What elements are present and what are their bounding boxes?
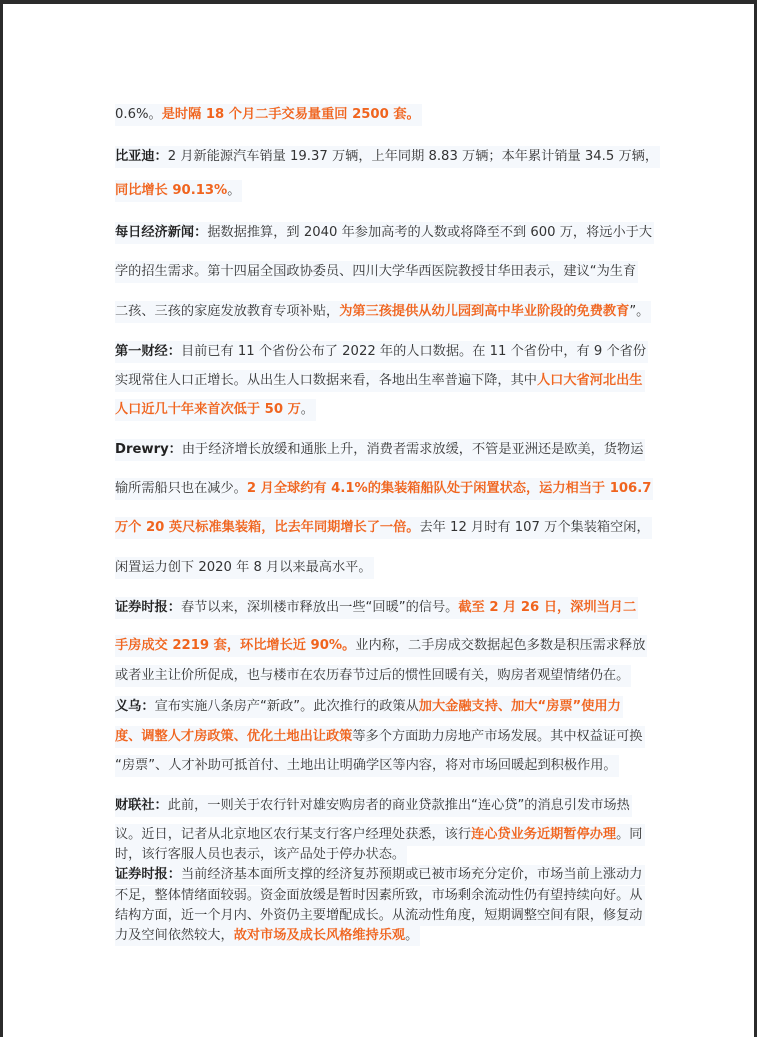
document-page: 0.6%。是时隔 18 个月二手交易量重回 2500 套。比亚迪：2 月新能源汽… — [3, 4, 754, 1037]
body-text: 。 — [405, 928, 418, 943]
source-label: 证券时报： — [115, 600, 181, 615]
text-line: 或者业主让价所促成，也与楼市在农历春节过后的惯性回暖有关，购房者观望情绪仍在。 — [115, 665, 631, 687]
body-text: 2 月新能源汽车销量 19.37 万辆，上年同期 8.83 万辆；本年累计销量 … — [168, 149, 658, 164]
body-text: 实现常住人口正增长。从出生人口数据来看，各地出生率普遍下降，其中 — [115, 373, 537, 388]
text-line: Drewry：由于经济增长放缓和通胀上升，消费者需求放缓，不管是亚洲还是欧美，货… — [115, 439, 645, 461]
text-line: 第一财经：目前已有 11 个省份公布了 2022 年的人口数据。在 11 个省份… — [115, 341, 648, 363]
body-text: 宣布实施八条房产“新政”。此次推行的政策从 — [155, 699, 419, 714]
highlighted-text: 同比增长 90.13% — [115, 183, 227, 198]
text-line: 学的招生需求。第十四届全国政协委员、四川大学华西医院教授甘华田表示，建议“为生育 — [115, 261, 638, 283]
body-text: 由于经济增长放缓和通胀上升，消费者需求放缓，不管是亚洲还是欧美，货物运 — [182, 442, 644, 457]
source-label: 每日经济新闻： — [115, 225, 207, 240]
body-text: 不足，整体情绪面较弱。资金面放缓是暂时因素所致，市场剩余流动性仍有望持续向好。从 — [115, 888, 643, 903]
source-label: 第一财经： — [115, 344, 181, 359]
body-text: 目前已有 11 个省份公布了 2022 年的人口数据。在 11 个省份中，有 9… — [181, 344, 646, 359]
text-line: 不足，整体情绪面较弱。资金面放缓是暂时因素所致，市场剩余流动性仍有望持续向好。从 — [115, 886, 645, 906]
body-text: 据数据推算，到 2040 年参加高考的人数或将降至不到 600 万，将远小于大 — [207, 225, 652, 240]
text-line: 证券时报：春节以来，深圳楼市释放出一些“回暖”的信号。截至 2 月 26 日，深… — [115, 597, 638, 619]
highlighted-text: 度、调整人才房政策、优化土地出让政策 — [115, 729, 352, 744]
highlighted-text: 手房成交 2219 套，环比增长近 90%。 — [115, 638, 355, 653]
text-line: 人口近几十年来首次低于 50 万。 — [115, 399, 316, 421]
highlighted-text: 是时隔 18 个月二手交易量重回 2500 套。 — [162, 107, 420, 122]
text-line: 实现常住人口正增长。从出生人口数据来看，各地出生率普遍下降，其中人口大省河北出生 — [115, 370, 645, 392]
highlighted-text: 截至 2 月 26 日，深圳当月二 — [458, 600, 636, 615]
body-text: 等多个方面助力房地产市场发展。其中权益证可换 — [352, 729, 642, 744]
body-text: 二孩、三孩的家庭发放教育专项补贴， — [115, 304, 339, 319]
source-label: Drewry： — [115, 442, 182, 457]
text-line: 同比增长 90.13%。 — [115, 180, 242, 202]
body-text: 此前，一则关于农行针对雄安购房者的商业贷款推出“连心贷”的消息引发市场热 — [168, 798, 630, 813]
text-line: 闲置运力创下 2020 年 8 月以来最高水平。 — [115, 557, 374, 579]
text-line: 度、调整人才房政策、优化土地出让政策等多个方面助力房地产市场发展。其中权益证可换 — [115, 726, 645, 748]
highlighted-text: 故对市场及成长风格维持乐观 — [234, 928, 405, 943]
highlighted-text: 连心贷业务近期暂停办理 — [471, 827, 616, 842]
body-text: 议。近日，记者从北京地区农行某支行客户经理处获悉，该行 — [115, 827, 471, 842]
body-text: 学的招生需求。第十四届全国政协委员、四川大学华西医院教授甘华田表示，建议“为生育 — [115, 264, 636, 279]
text-line: 证券时报：当前经济基本面所支撑的经济复苏预期或已被市场充分定价，市场当前上涨动力 — [115, 865, 645, 885]
highlighted-text: 为第三孩提供从幼儿园到高中毕业阶段的免费教育 — [339, 304, 629, 319]
highlighted-text: 万个 20 英尺标准集装箱，比去年同期增长了一倍。 — [115, 520, 419, 535]
body-text: 时，该行客服人员也表示，该产品处于停办状态。 — [115, 847, 405, 862]
highlighted-text: 2 月全球约有 4.1%的集装箱船队处于闲置状态，运力相当于 106.7 — [247, 481, 652, 496]
source-label: 比亚迪： — [115, 149, 168, 164]
source-label: 财联社： — [115, 798, 168, 813]
body-text: 当前经济基本面所支撑的经济复苏预期或已被市场充分定价，市场当前上涨动力 — [181, 867, 643, 882]
body-text: 春节以来，深圳楼市释放出一些“回暖”的信号。 — [181, 600, 458, 615]
text-line: 力及空间依然较大，故对市场及成长风格维持乐观。 — [115, 926, 420, 946]
text-line: “房票”、人才补助可抵首付、土地出让明确学区等内容，将对市场回暖起到积极作用。 — [115, 755, 619, 777]
body-text: 0.6%。 — [115, 107, 162, 122]
body-text: 或者业主让价所促成，也与楼市在农历春节过后的惯性回暖有关，购房者观望情绪仍在。 — [115, 668, 629, 683]
text-line: 二孩、三孩的家庭发放教育专项补贴，为第三孩提供从幼儿园到高中毕业阶段的免费教育”… — [115, 301, 651, 323]
body-text: ”。 — [629, 304, 649, 319]
text-line: 比亚迪：2 月新能源汽车销量 19.37 万辆，上年同期 8.83 万辆；本年累… — [115, 146, 660, 168]
body-text: 业内称，二手房成交数据起色多数是积压需求释放 — [355, 638, 645, 653]
highlighted-text: 人口近几十年来首次低于 50 万 — [115, 402, 301, 417]
highlighted-text: 人口大省河北出生 — [537, 373, 643, 388]
text-line: 输所需船只也在减少。2 月全球约有 4.1%的集装箱船队处于闲置状态，运力相当于… — [115, 478, 653, 500]
text-line: 时，该行客服人员也表示，该产品处于停办状态。 — [115, 845, 407, 865]
text-line: 0.6%。是时隔 18 个月二手交易量重回 2500 套。 — [115, 104, 422, 126]
text-line: 财联社：此前，一则关于农行针对雄安购房者的商业贷款推出“连心贷”的消息引发市场热 — [115, 795, 632, 817]
highlighted-text: 加大金融支持、加大“房票”使用力 — [419, 699, 621, 714]
body-text: 。同 — [616, 827, 642, 842]
body-text: “房票”、人才补助可抵首付、土地出让明确学区等内容，将对市场回暖起到积极作用。 — [115, 758, 617, 773]
body-text: 输所需船只也在减少。 — [115, 481, 247, 496]
text-line: 议。近日，记者从北京地区农行某支行客户经理处获悉，该行连心贷业务近期暂停办理。同 — [115, 824, 645, 846]
source-label: 证券时报： — [115, 867, 181, 882]
body-text: 。 — [301, 402, 314, 417]
body-text: 。 — [227, 183, 240, 198]
text-line: 每日经济新闻：据数据推算，到 2040 年参加高考的人数或将降至不到 600 万… — [115, 222, 654, 244]
body-text: 力及空间依然较大， — [115, 928, 234, 943]
body-text: 闲置运力创下 2020 年 8 月以来最高水平。 — [115, 560, 372, 575]
text-line: 义乌：宣布实施八条房产“新政”。此次推行的政策从加大金融支持、加大“房票”使用力 — [115, 696, 623, 718]
body-text: 去年 12 月时有 107 万个集装箱空闲， — [419, 520, 649, 535]
body-text: 结构方面，近一个月内、外资仍主要增配成长。从流动性角度，短期调整空间有限，修复动 — [115, 908, 643, 923]
text-line: 手房成交 2219 套，环比增长近 90%。业内称，二手房成交数据起色多数是积压… — [115, 635, 647, 657]
text-line: 万个 20 英尺标准集装箱，比去年同期增长了一倍。去年 12 月时有 107 万… — [115, 517, 652, 539]
source-label: 义乌： — [115, 699, 155, 714]
text-line: 结构方面，近一个月内、外资仍主要增配成长。从流动性角度，短期调整空间有限，修复动 — [115, 906, 645, 926]
